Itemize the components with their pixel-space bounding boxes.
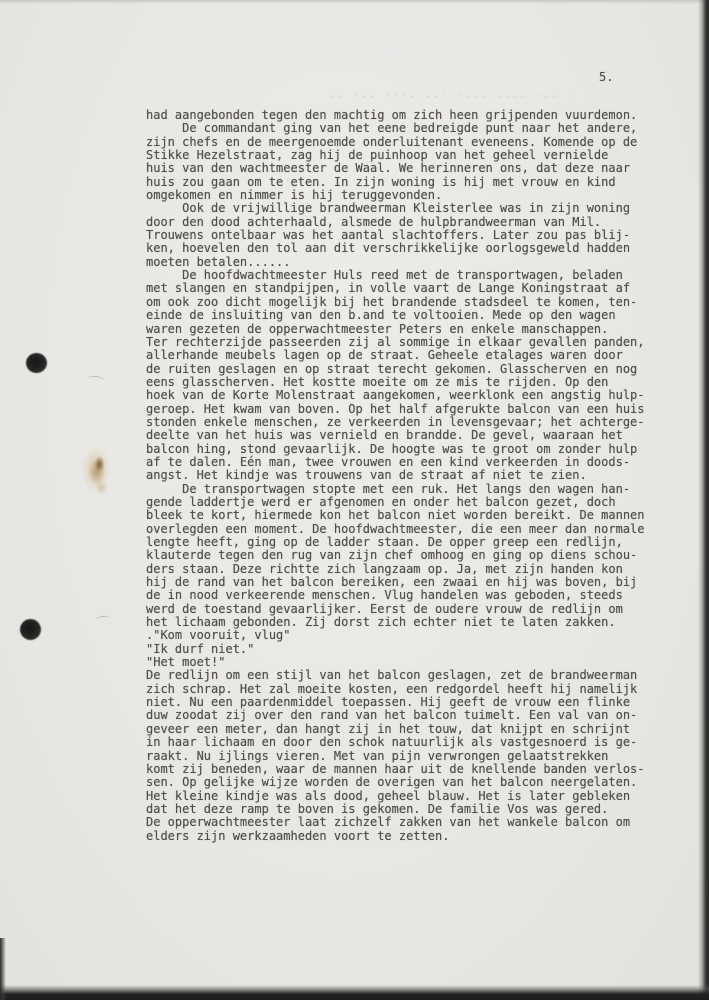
paper-stain (74, 438, 118, 500)
ghost-typed-line: -- ·-- ···- --· ·--- ---- ·-- -·- -- --· (330, 92, 570, 102)
scan-edge-top (0, 0, 709, 4)
scanned-document-page: { "colors": { "paper": "#e8e7e4", "ink":… (0, 0, 709, 1000)
hole-punch-bottom (20, 619, 41, 640)
scan-edge-bottom (0, 985, 709, 1000)
faint-pencil-mark (96, 615, 111, 622)
hole-punch-top (26, 353, 47, 373)
scan-edge-left (0, 938, 6, 1000)
page-number: 5. (599, 70, 613, 84)
faint-pencil-mark (88, 375, 105, 384)
typewritten-body-text: had aangebonden tegen den machtig om zic… (146, 109, 662, 843)
scan-edge-right (698, 0, 709, 1000)
